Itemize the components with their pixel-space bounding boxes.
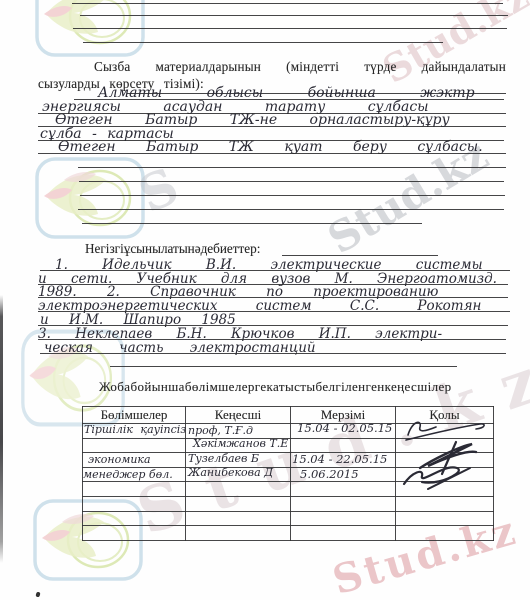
ruled-line <box>282 255 438 256</box>
table-entry-term: 15.04 - 02.05.15 <box>297 421 392 435</box>
table-cell <box>291 482 396 497</box>
ruled-line <box>38 339 506 340</box>
ruled-line <box>82 223 422 224</box>
ruled-line <box>38 153 506 154</box>
table-entry-department: экономика <box>88 453 151 466</box>
table-entry-consultant: проф, Т.Ғ.д <box>188 424 253 437</box>
scanned-document-page: Stud.kz Stud.kz Stud.kz S Stud.kz Stud.k… <box>0 0 530 600</box>
table-cell <box>396 496 494 511</box>
table-cell <box>186 496 291 511</box>
column-header-departments: Бөлімшелер <box>83 407 186 424</box>
ruled-line <box>110 366 457 367</box>
table-cell <box>291 438 396 453</box>
signature <box>398 458 483 494</box>
ink-speck <box>35 592 40 598</box>
table-cell <box>83 438 186 453</box>
table-entry-department: менеджер бөл. <box>83 468 173 481</box>
stud-kz-logo-watermark <box>34 0 146 58</box>
ruled-line <box>38 284 508 285</box>
table-cell <box>186 526 291 541</box>
table-cell <box>83 511 186 526</box>
ruled-line <box>38 113 506 114</box>
table-entry-department: Тіршілік қауіпсіз <box>84 423 186 436</box>
column-header-consultant: Кеңесші <box>186 407 291 424</box>
table-cell <box>83 482 186 497</box>
ruled-line <box>40 270 510 271</box>
table-cell <box>291 511 396 526</box>
table-cell <box>396 526 494 541</box>
ruled-line <box>38 140 504 141</box>
ruled-line <box>72 3 503 4</box>
table-entry-consultant: Тузелбаев Б <box>188 452 259 465</box>
table-row <box>83 496 494 511</box>
ruled-line <box>83 42 443 43</box>
literature-heading: Негізгіұсынылатынәдебиеттер: <box>85 241 260 257</box>
ruled-line <box>79 181 504 182</box>
table-cell <box>186 482 291 497</box>
table-cell <box>83 526 186 541</box>
ruled-line <box>80 195 505 196</box>
consultants-heading: Жобабойыншабөлімшелергекатыстыбелгіленге… <box>99 379 452 395</box>
ruled-line <box>40 353 506 354</box>
table-row <box>83 526 494 541</box>
ruled-line <box>38 297 508 298</box>
table-entry-consultant: Хәкімжанов Т.Е <box>193 437 288 450</box>
ruled-line <box>73 28 507 29</box>
ruled-line <box>38 325 508 326</box>
ruled-line <box>78 209 504 210</box>
scan-edge-artifact <box>0 295 3 563</box>
table-entry-term: 15.04 - 22.05.15 <box>292 452 387 466</box>
table-entry-term: 5.06.2015 <box>300 467 359 481</box>
table-cell <box>83 496 186 511</box>
table-row <box>83 511 494 526</box>
table-cell <box>186 511 291 526</box>
ruled-line <box>38 311 510 312</box>
table-cell <box>396 511 494 526</box>
table-entry-consultant: Жанибекова Д <box>188 466 273 479</box>
ruled-line <box>78 167 506 168</box>
ruled-line <box>74 99 504 100</box>
table-cell <box>291 526 396 541</box>
ruled-line <box>80 15 508 16</box>
ruled-line <box>38 126 506 127</box>
stud-kz-logo-watermark <box>34 156 146 240</box>
table-cell <box>291 496 396 511</box>
